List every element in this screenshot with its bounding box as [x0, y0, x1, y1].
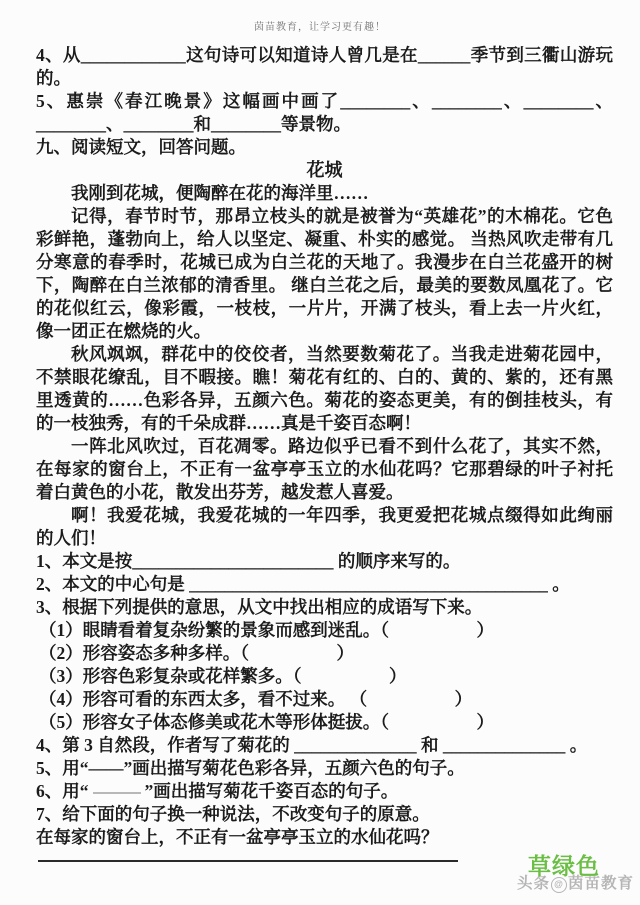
question-3-item-4: （4）形容可看的东西太多，看不过来。 （ ） [36, 688, 613, 711]
passage-paragraph-5: 啊！我爱花城，我爱花城的一年四季，我更爱把花城点缀得如此绚丽的人们！ [36, 504, 613, 550]
question-6-suffix: ”画出描写菊花千姿百态的句子。 [145, 781, 399, 801]
answer-blank-line [38, 860, 458, 862]
question-4: 4、第 3 自然段，作者写了菊花的 ______________ 和 _____… [36, 734, 613, 757]
passage-paragraph-2: 记得，春节时节，那昂立枝头的就是被誉为“英雄花”的木棉花。它色彩鲜艳，蓬勃向上，… [36, 205, 613, 343]
question-7-sentence: 在每家的窗台上，不正有一盆亭亭玉立的水仙花吗？ [36, 826, 613, 849]
question-3-item-5: （5）形容女子体态修美或花木等形体挺拔。（ ） [36, 711, 613, 734]
question-6-prefix: 6、用“ [36, 781, 89, 801]
passage-paragraph-3: 秋风飒飒，群花中的佼佼者，当然要数菊花了。当我走进菊花园中，不禁眼花缭乱，目不暇… [36, 343, 613, 435]
worksheet-page: 茵苗教育，让学习更有趣！ 4、从____________这句诗可以知道诗人曾几是… [0, 0, 640, 905]
question-5: 5、用“——”画出描写菊花色彩各异，五颜六色的句子。 [36, 757, 613, 780]
watermark-source: 头条@茵苗教育 [517, 871, 634, 893]
worksheet-content: 4、从____________这句诗可以知道诗人曾几是在______季节到三衢山… [36, 44, 613, 862]
question-2: 2、本文的中心句是 ______________________________… [36, 573, 613, 596]
watermark-account-text: 茵苗教育 [568, 875, 634, 892]
passage-paragraph-1: 我刚到花城，便陶醉在花的海洋里…… [36, 182, 613, 205]
section-heading: 九、阅读短文，回答问题。 [36, 136, 613, 159]
question-3-item-3: （3）形容色彩复杂或花样繁多。（ ） [36, 665, 613, 688]
question-3: 3、根据下列提供的意思，从文中找出相应的成语写下来。 [36, 596, 613, 619]
question-5-top: 5、惠崇《春江晚景》这幅画中画了________、________、______… [36, 90, 613, 136]
toutiao-logo-icon: @ [551, 877, 567, 893]
wavy-line-placeholder [93, 787, 141, 794]
question-3-item-2: （2）形容姿态多种多样。（ ） [36, 642, 613, 665]
passage-title: 花城 [36, 159, 613, 182]
header-slogan: 茵苗教育，让学习更有趣！ [0, 22, 640, 34]
question-7: 7、给下面的句子换一种说法，不改变句子的原意。 [36, 803, 613, 826]
question-1: 1、本文是按_______________________ 的顺序来写的。 [36, 550, 613, 573]
passage-paragraph-4: 一阵北风吹过，百花凋零。路边似乎已看不到什么花了，其实不然，在每家的窗台上，不正… [36, 435, 613, 504]
question-4-top: 4、从____________这句诗可以知道诗人曾几是在______季节到三衢山… [36, 44, 613, 90]
question-3-item-1: （1）眼睛看着复杂纷繁的景象而感到迷乱。（ ） [36, 619, 613, 642]
question-6: 6、用“”画出描写菊花千姿百态的句子。 [36, 780, 613, 803]
watermark-source-text: 头条 [517, 875, 550, 892]
